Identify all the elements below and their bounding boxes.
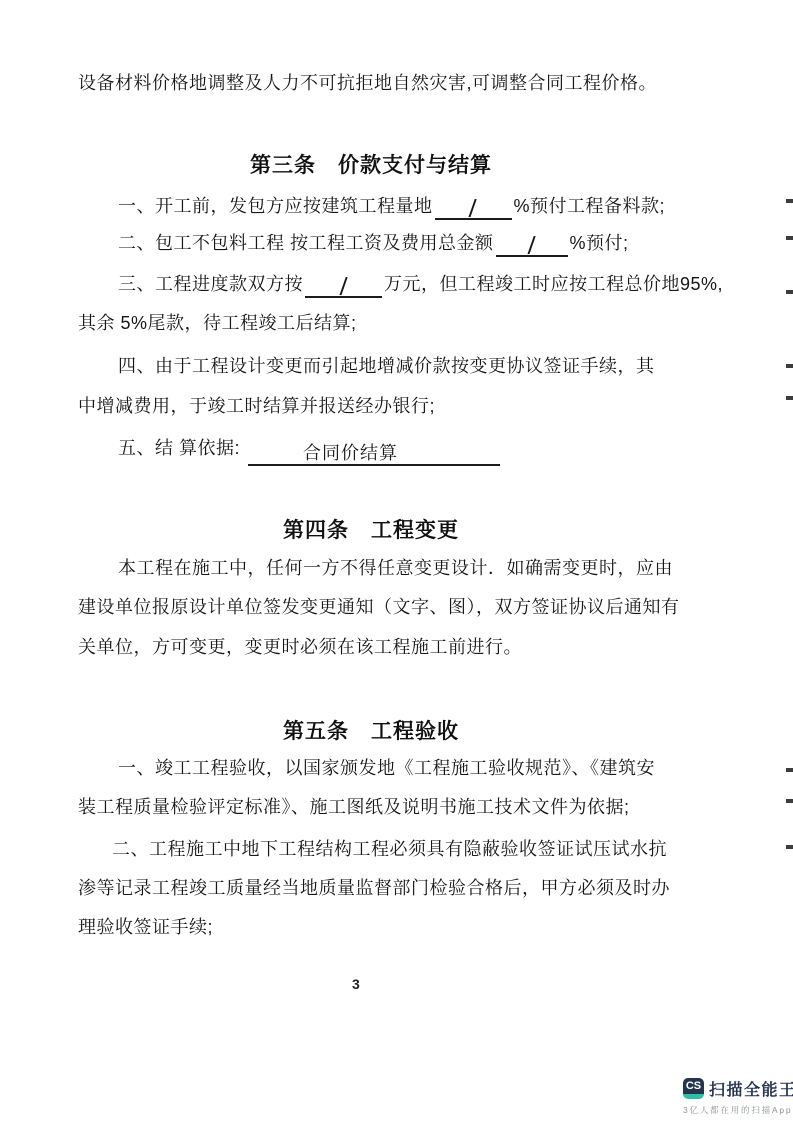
- clause-text: %预付工程备料款;: [514, 196, 666, 216]
- handwritten-slash: /: [469, 199, 478, 219]
- scan-artifact-mark: [786, 290, 793, 294]
- clause-text: 三、工程进度款双方按: [118, 274, 303, 294]
- section-four-heading: 第四条 工程变更: [78, 514, 664, 544]
- clause-text: 五、结 算依据:: [118, 438, 240, 458]
- s4-line1: 本工程在施工中，任何一方不得任意变更设计．如确需变更时，应由: [118, 557, 673, 580]
- s3-item3-line: 三、工程进度款双方按/万元，但工程竣工时应按工程总价地95%,: [118, 273, 723, 298]
- clause-text: %预付;: [570, 233, 629, 253]
- scan-artifact-mark: [786, 396, 793, 400]
- scan-artifact-mark: [786, 199, 793, 203]
- s3-item2-line: 二、包工不包料工程 按工程工资及费用总金额/%预付;: [118, 232, 629, 257]
- clause-text: 一、开工前，发包方应按建筑工程量地: [118, 196, 433, 216]
- s5-item2-line1: 二、工程施工中地下工程结构工程必须具有隐蔽验收签证试压试水抗: [112, 838, 667, 861]
- handwritten-slash: /: [339, 277, 348, 297]
- s3-item5-line: 五、结 算依据: 合同价结算: [118, 437, 502, 466]
- s3-item4-line2: 中增减费用，于竣工时结算并报送经办银行;: [78, 395, 435, 418]
- section-three-heading: 第三条 价款支付与结算: [78, 149, 664, 179]
- s5-item2-line2: 渗等记录工程竣工质量经当地质量监督部门检验合格后，甲方必须及时办: [78, 877, 670, 900]
- settlement-basis-blank: 合同价结算: [248, 442, 500, 466]
- s3-item4-line1: 四、由于工程设计变更而引起地增减价款按变更协议签证手续，其: [118, 355, 655, 378]
- cs-icon-letters: CS: [686, 1078, 701, 1094]
- scan-artifact-mark: [786, 364, 793, 368]
- page-number: 3: [352, 976, 360, 992]
- fill-in-blank: /: [496, 235, 568, 257]
- settlement-basis-value: 合同价结算: [303, 443, 398, 463]
- s5-item1-line2: 装工程质量检验评定标准》、施工图纸及说明书施工技术文件为依据;: [78, 796, 630, 819]
- s5-item2-line3: 理验收签证手续;: [78, 916, 213, 939]
- camscanner-tagline: 3亿人都在用的扫描App: [683, 1104, 793, 1116]
- scan-artifact-mark: [786, 799, 793, 803]
- scan-artifact-mark: [786, 845, 793, 849]
- s3-item3-continuation: 其余 5%尾款，待工程竣工后结算;: [78, 312, 357, 335]
- clause-text: 二、包工不包料工程 按工程工资及费用总金额: [118, 233, 494, 253]
- camscanner-brand-row: CS 扫描全能王™: [683, 1077, 793, 1100]
- brand-name-text: 扫描全能王: [709, 1082, 793, 1099]
- handwritten-slash: /: [527, 236, 536, 256]
- document-page: 设备材料价格地调整及人力不可抗拒地自然灾害,可调整合同工程价格。 第三条 价款支…: [0, 0, 793, 1122]
- clause-text: 万元，但工程竣工时应按工程总价地95%,: [384, 274, 723, 294]
- s4-line2: 建设单位报原设计单位签发变更通知（文字、图），双方签证协议后通知有: [78, 596, 680, 619]
- section-five-heading: 第五条 工程验收: [78, 715, 664, 745]
- camscanner-brand-name: 扫描全能王™: [709, 1077, 793, 1100]
- camscanner-watermark: CS 扫描全能王™ 3亿人都在用的扫描App: [683, 1077, 793, 1116]
- fill-in-blank: /: [435, 198, 512, 220]
- fill-in-blank: /: [305, 276, 382, 298]
- s4-line3: 关单位，方可变更，变更时必须在该工程施工前进行。: [78, 636, 522, 659]
- scan-artifact-mark: [786, 236, 793, 240]
- s5-item1-line1: 一、竣工工程验收，以国家颁发地《工程施工验收规范》、《建筑安: [118, 757, 655, 780]
- scan-artifact-mark: [786, 768, 793, 772]
- s3-item1-line: 一、开工前，发包方应按建筑工程量地/%预付工程备料款;: [118, 195, 665, 220]
- intro-line: 设备材料价格地调整及人力不可抗拒地自然灾害,可调整合同工程价格。: [78, 72, 657, 95]
- camscanner-logo-icon: CS: [683, 1078, 704, 1099]
